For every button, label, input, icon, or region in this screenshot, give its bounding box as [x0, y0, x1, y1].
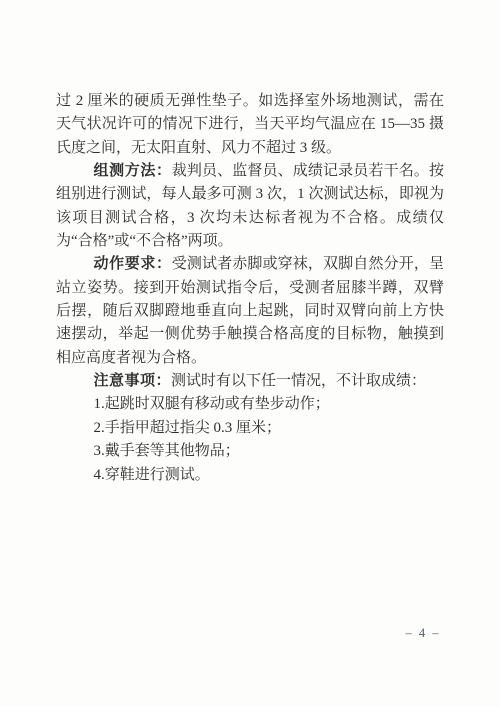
paragraph-text: 测试时有以下任一情况，不计取成绩：: [171, 373, 426, 389]
paragraph-group-test-method: 组测方法：裁判员、监督员、成绩记录员若干名。按组别进行测试，每人最多可测 3 次…: [56, 160, 444, 253]
list-item-4: 4.穿鞋进行测试。: [56, 464, 444, 487]
document-body: 过 2 厘米的硬质无弹性垫子。如选择室外场地测试，需在天气状况许可的情况下进行，…: [56, 90, 444, 487]
list-item-text: 3.戴手套等其他物品；: [94, 443, 240, 459]
paragraph-lead-label: 注意事项：: [94, 373, 172, 389]
paragraph-text: 受测试者赤脚或穿袜，双脚自然分开，呈站立姿势。接到开始测试指令后，受测者屈膝半蹲…: [56, 256, 444, 365]
list-item-1: 1.起跳时双腿有移动或有垫步动作；: [56, 393, 444, 416]
list-item-text: 2.手指甲超过指尖 0.3 厘米；: [94, 420, 282, 436]
page-number: – 4 –: [393, 626, 453, 641]
paragraph-action-requirements: 动作要求：受测试者赤脚或穿袜，双脚自然分开，呈站立姿势。接到开始测试指令后，受测…: [56, 253, 444, 370]
paragraph-notes: 注意事项：测试时有以下任一情况，不计取成绩：: [56, 370, 444, 393]
paragraph-lead-label: 组测方法：: [94, 163, 172, 179]
document-page: 过 2 厘米的硬质无弹性垫子。如选择室外场地测试，需在天气状况许可的情况下进行，…: [0, 0, 500, 707]
list-item-2: 2.手指甲超过指尖 0.3 厘米；: [56, 417, 444, 440]
paragraph-text: 过 2 厘米的硬质无弹性垫子。如选择室外场地测试，需在天气状况许可的情况下进行，…: [56, 93, 444, 156]
list-item-text: 4.穿鞋进行测试。: [94, 467, 210, 483]
list-item-text: 1.起跳时双腿有移动或有垫步动作；: [94, 396, 330, 412]
list-item-3: 3.戴手套等其他物品；: [56, 440, 444, 463]
paragraph-lead-label: 动作要求：: [94, 256, 172, 272]
paragraph-venue-conditions: 过 2 厘米的硬质无弹性垫子。如选择室外场地测试，需在天气状况许可的情况下进行，…: [56, 90, 444, 160]
